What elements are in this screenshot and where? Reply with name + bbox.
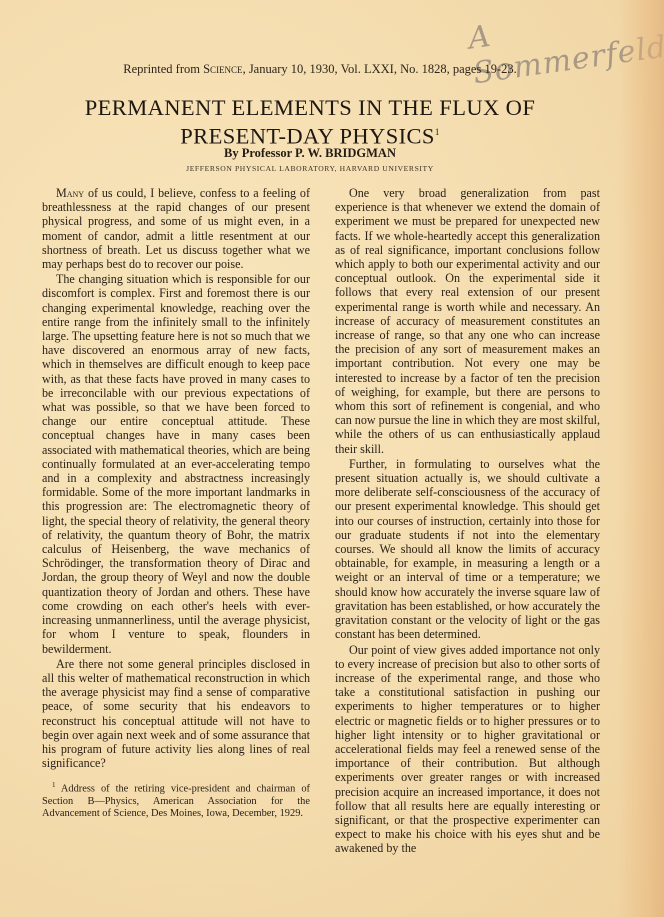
footnote-text: Address of the retiring vice-president a…: [42, 784, 310, 819]
paragraph: One very broad generalization from past …: [335, 186, 600, 456]
title-line-2: PRESENT-DAY PHYSICS: [180, 124, 435, 149]
right-column: One very broad generalization from past …: [335, 186, 600, 856]
article-title: PERMANENT ELEMENTS IN THE FLUX OF PRESEN…: [0, 96, 620, 149]
reprint-journal: Science: [203, 62, 242, 76]
handwritten-signature: A Sommerfeld: [466, 0, 664, 91]
paragraph: Many of us could, I believe, confess to …: [42, 186, 310, 271]
reprint-suffix: , January 10, 1930, Vol. LXXI, No. 1828,…: [243, 62, 517, 76]
author-byline: By Professor P. W. BRIDGMAN: [0, 146, 620, 161]
document-page: A Sommerfeld Reprinted from Science, Jan…: [0, 0, 664, 917]
paragraph: The changing situation which is responsi…: [42, 272, 310, 655]
reprint-notice: Reprinted from Science, January 10, 1930…: [0, 62, 640, 77]
paragraph: Further, in formulating to ourselves wha…: [335, 457, 600, 642]
lead-word: Many: [56, 186, 84, 200]
paragraph: Are there not some general principles di…: [42, 657, 310, 771]
footnote: 1 Address of the retiring vice-president…: [42, 779, 310, 819]
left-column: Many of us could, I believe, confess to …: [42, 186, 310, 820]
paragraph: Our point of view gives added importance…: [335, 643, 600, 856]
title-footnote-mark: 1: [435, 127, 440, 137]
reprint-prefix: Reprinted from: [123, 62, 203, 76]
author-affiliation: JEFFERSON PHYSICAL LABORATORY, HARVARD U…: [0, 164, 620, 173]
title-line-1: PERMANENT ELEMENTS IN THE FLUX OF: [0, 96, 620, 120]
